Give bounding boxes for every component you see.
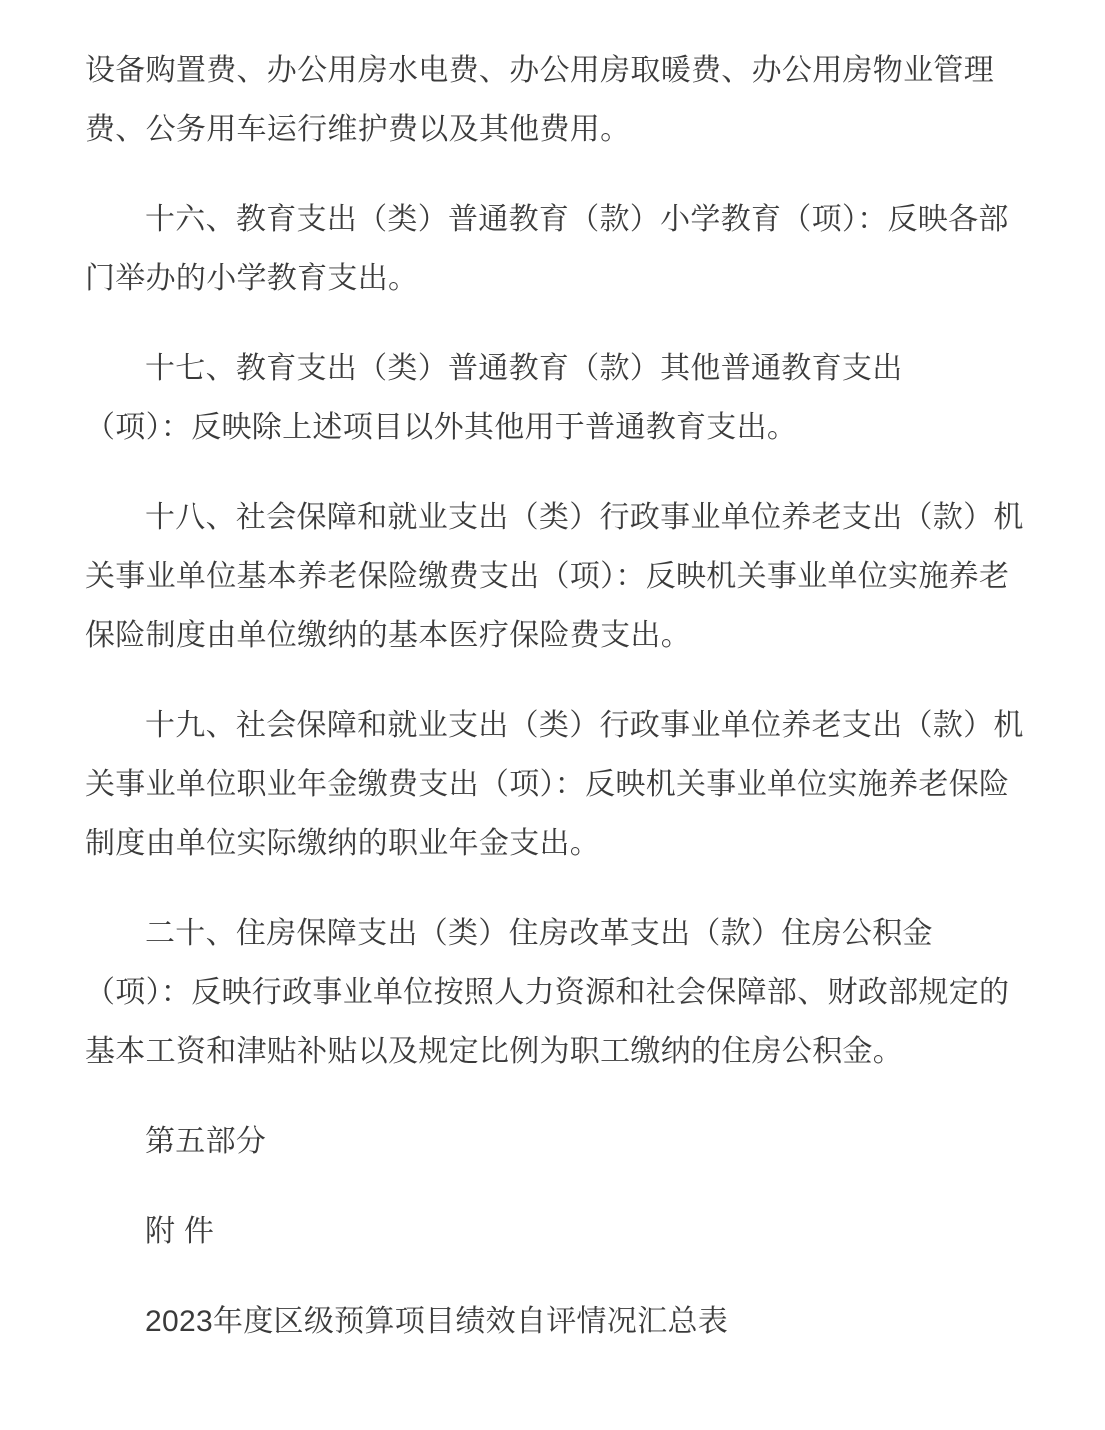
- text-line: 关事业单位职业年金缴费支出（项）：反映机关事业单位实施养老保险: [85, 755, 1025, 814]
- paragraph: 十八、社会保障和就业支出（类）行政事业单位养老支出（款）机关事业单位基本养老保险…: [85, 488, 1025, 665]
- text-line: （项）：反映除上述项目以外其他用于普通教育支出。: [85, 398, 1025, 457]
- document-body: 设备购置费、办公用房水电费、办公用房取暖费、办公用房物业管理费、公务用车运行维护…: [85, 41, 1025, 1351]
- paragraph: 附 件: [85, 1202, 1025, 1261]
- paragraph: 设备购置费、办公用房水电费、办公用房取暖费、办公用房物业管理费、公务用车运行维护…: [85, 41, 1025, 159]
- text-line: 基本工资和津贴补贴以及规定比例为职工缴纳的住房公积金。: [85, 1022, 1025, 1081]
- text-line: 第五部分: [85, 1112, 1025, 1171]
- text-line: 制度由单位实际缴纳的职业年金支出。: [85, 814, 1025, 873]
- text-line: 关事业单位基本养老保险缴费支出（项）：反映机关事业单位实施养老: [85, 547, 1025, 606]
- text-line: （项）：反映行政事业单位按照人力资源和社会保障部、财政部规定的: [85, 963, 1025, 1022]
- document-page: 设备购置费、办公用房水电费、办公用房取暖费、办公用房物业管理费、公务用车运行维护…: [0, 0, 1105, 1430]
- text-line: 十六、教育支出（类）普通教育（款）小学教育（项）：反映各部: [85, 190, 1025, 249]
- text-line: 十九、社会保障和就业支出（类）行政事业单位养老支出（款）机: [85, 696, 1025, 755]
- text-line: 二十、住房保障支出（类）住房改革支出（款）住房公积金: [85, 904, 1025, 963]
- text-line: 设备购置费、办公用房水电费、办公用房取暖费、办公用房物业管理: [85, 41, 1025, 100]
- text-line: 门举办的小学教育支出。: [85, 249, 1025, 308]
- text-line: 十七、教育支出（类）普通教育（款）其他普通教育支出: [85, 339, 1025, 398]
- text-line: 十八、社会保障和就业支出（类）行政事业单位养老支出（款）机: [85, 488, 1025, 547]
- paragraph: 二十、住房保障支出（类）住房改革支出（款）住房公积金（项）：反映行政事业单位按照…: [85, 904, 1025, 1081]
- text-line: 2023年度区级预算项目绩效自评情况汇总表: [85, 1292, 1025, 1351]
- text-line: 保险制度由单位缴纳的基本医疗保险费支出。: [85, 606, 1025, 665]
- text-line: 附 件: [85, 1202, 1025, 1261]
- text-line: 费、公务用车运行维护费以及其他费用。: [85, 100, 1025, 159]
- paragraph: 十六、教育支出（类）普通教育（款）小学教育（项）：反映各部门举办的小学教育支出。: [85, 190, 1025, 308]
- paragraph: 2023年度区级预算项目绩效自评情况汇总表: [85, 1292, 1025, 1351]
- paragraph: 十七、教育支出（类）普通教育（款）其他普通教育支出（项）：反映除上述项目以外其他…: [85, 339, 1025, 457]
- paragraph: 十九、社会保障和就业支出（类）行政事业单位养老支出（款）机关事业单位职业年金缴费…: [85, 696, 1025, 873]
- paragraph: 第五部分: [85, 1112, 1025, 1171]
